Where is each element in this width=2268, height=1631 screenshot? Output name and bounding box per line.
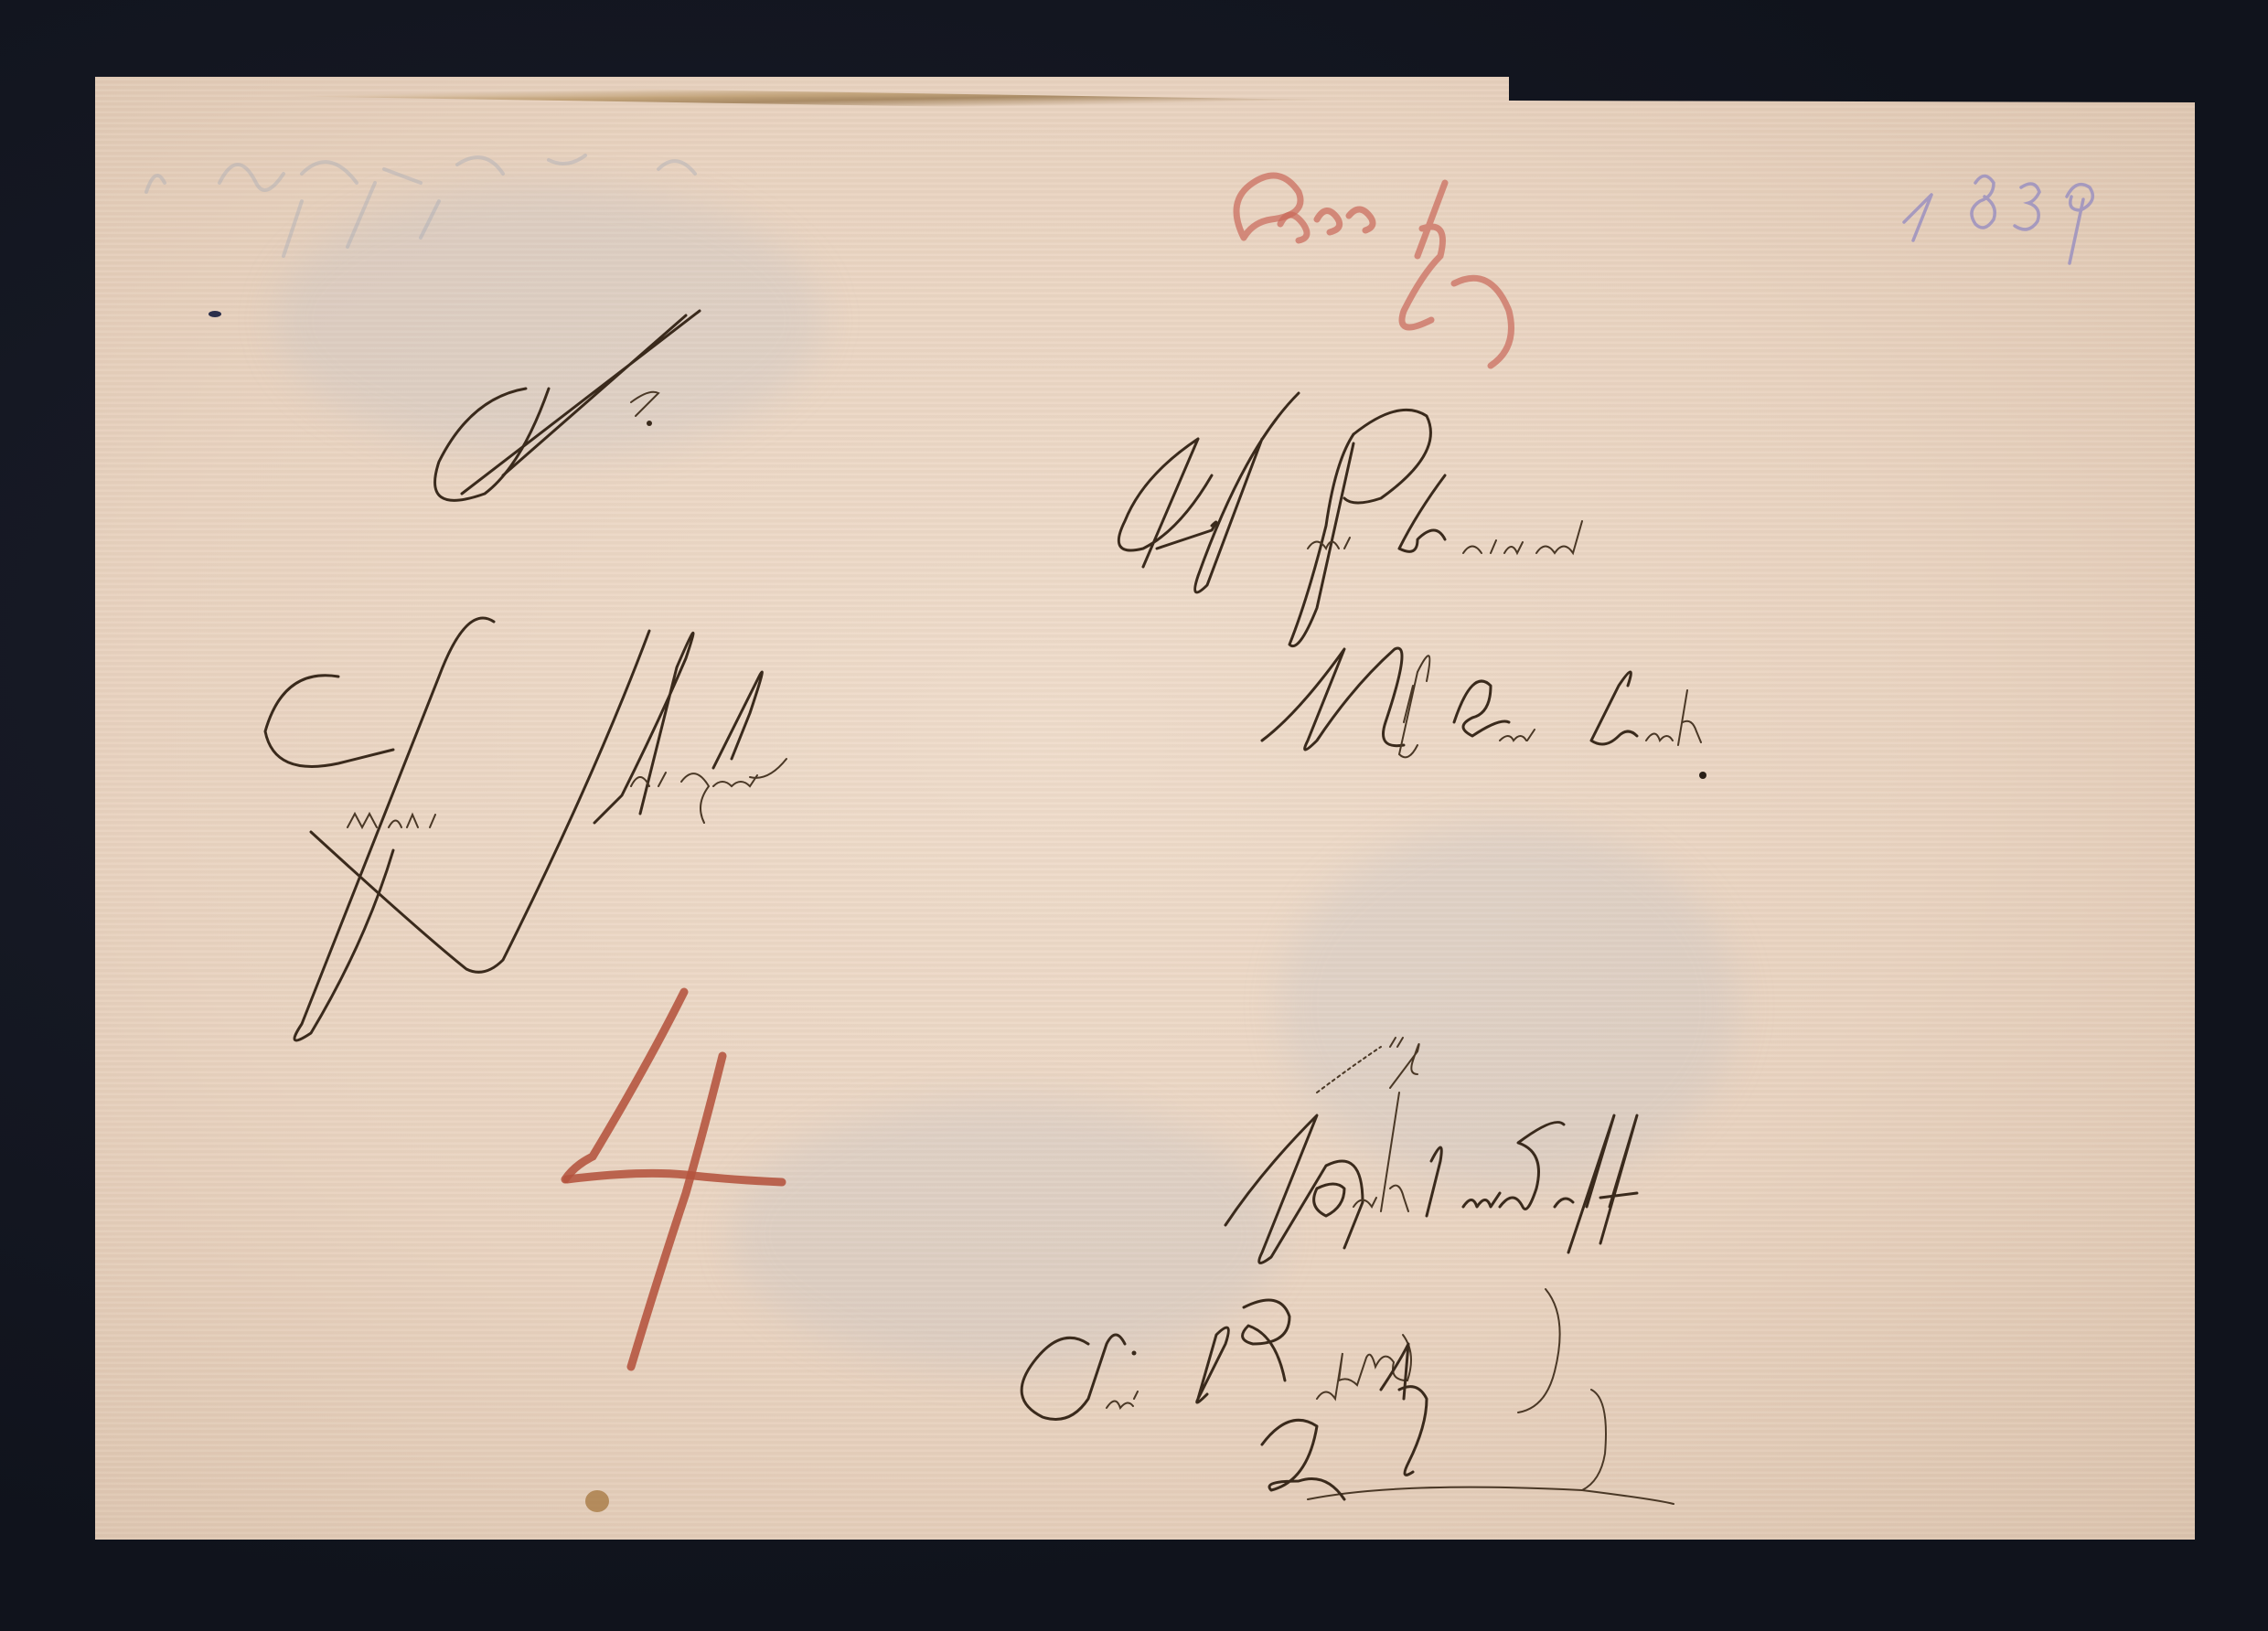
destination-text: Wehlendorff <box>1225 1125 1733 1221</box>
rate-mark-text: 4 <box>567 987 742 1306</box>
recipient-title-handwriting <box>265 618 786 1040</box>
preposition-text: zu <box>1372 1024 1426 1077</box>
salutation-text: Sr. <box>448 366 549 451</box>
postal-marking-text: Porto <box>1225 165 1375 229</box>
year-note-text: 1839 <box>1893 183 2024 242</box>
recipient-title-text: Herrn Förster <box>302 731 755 806</box>
faint-pencil-text: illegible pencil notation <box>146 146 584 188</box>
route-text: bei Ratzeburg <box>1033 1326 1623 1422</box>
honorific-text: Wohlgeboren <box>1125 457 1616 542</box>
recipient-name-text: Wilderbeck <box>1262 667 1684 752</box>
